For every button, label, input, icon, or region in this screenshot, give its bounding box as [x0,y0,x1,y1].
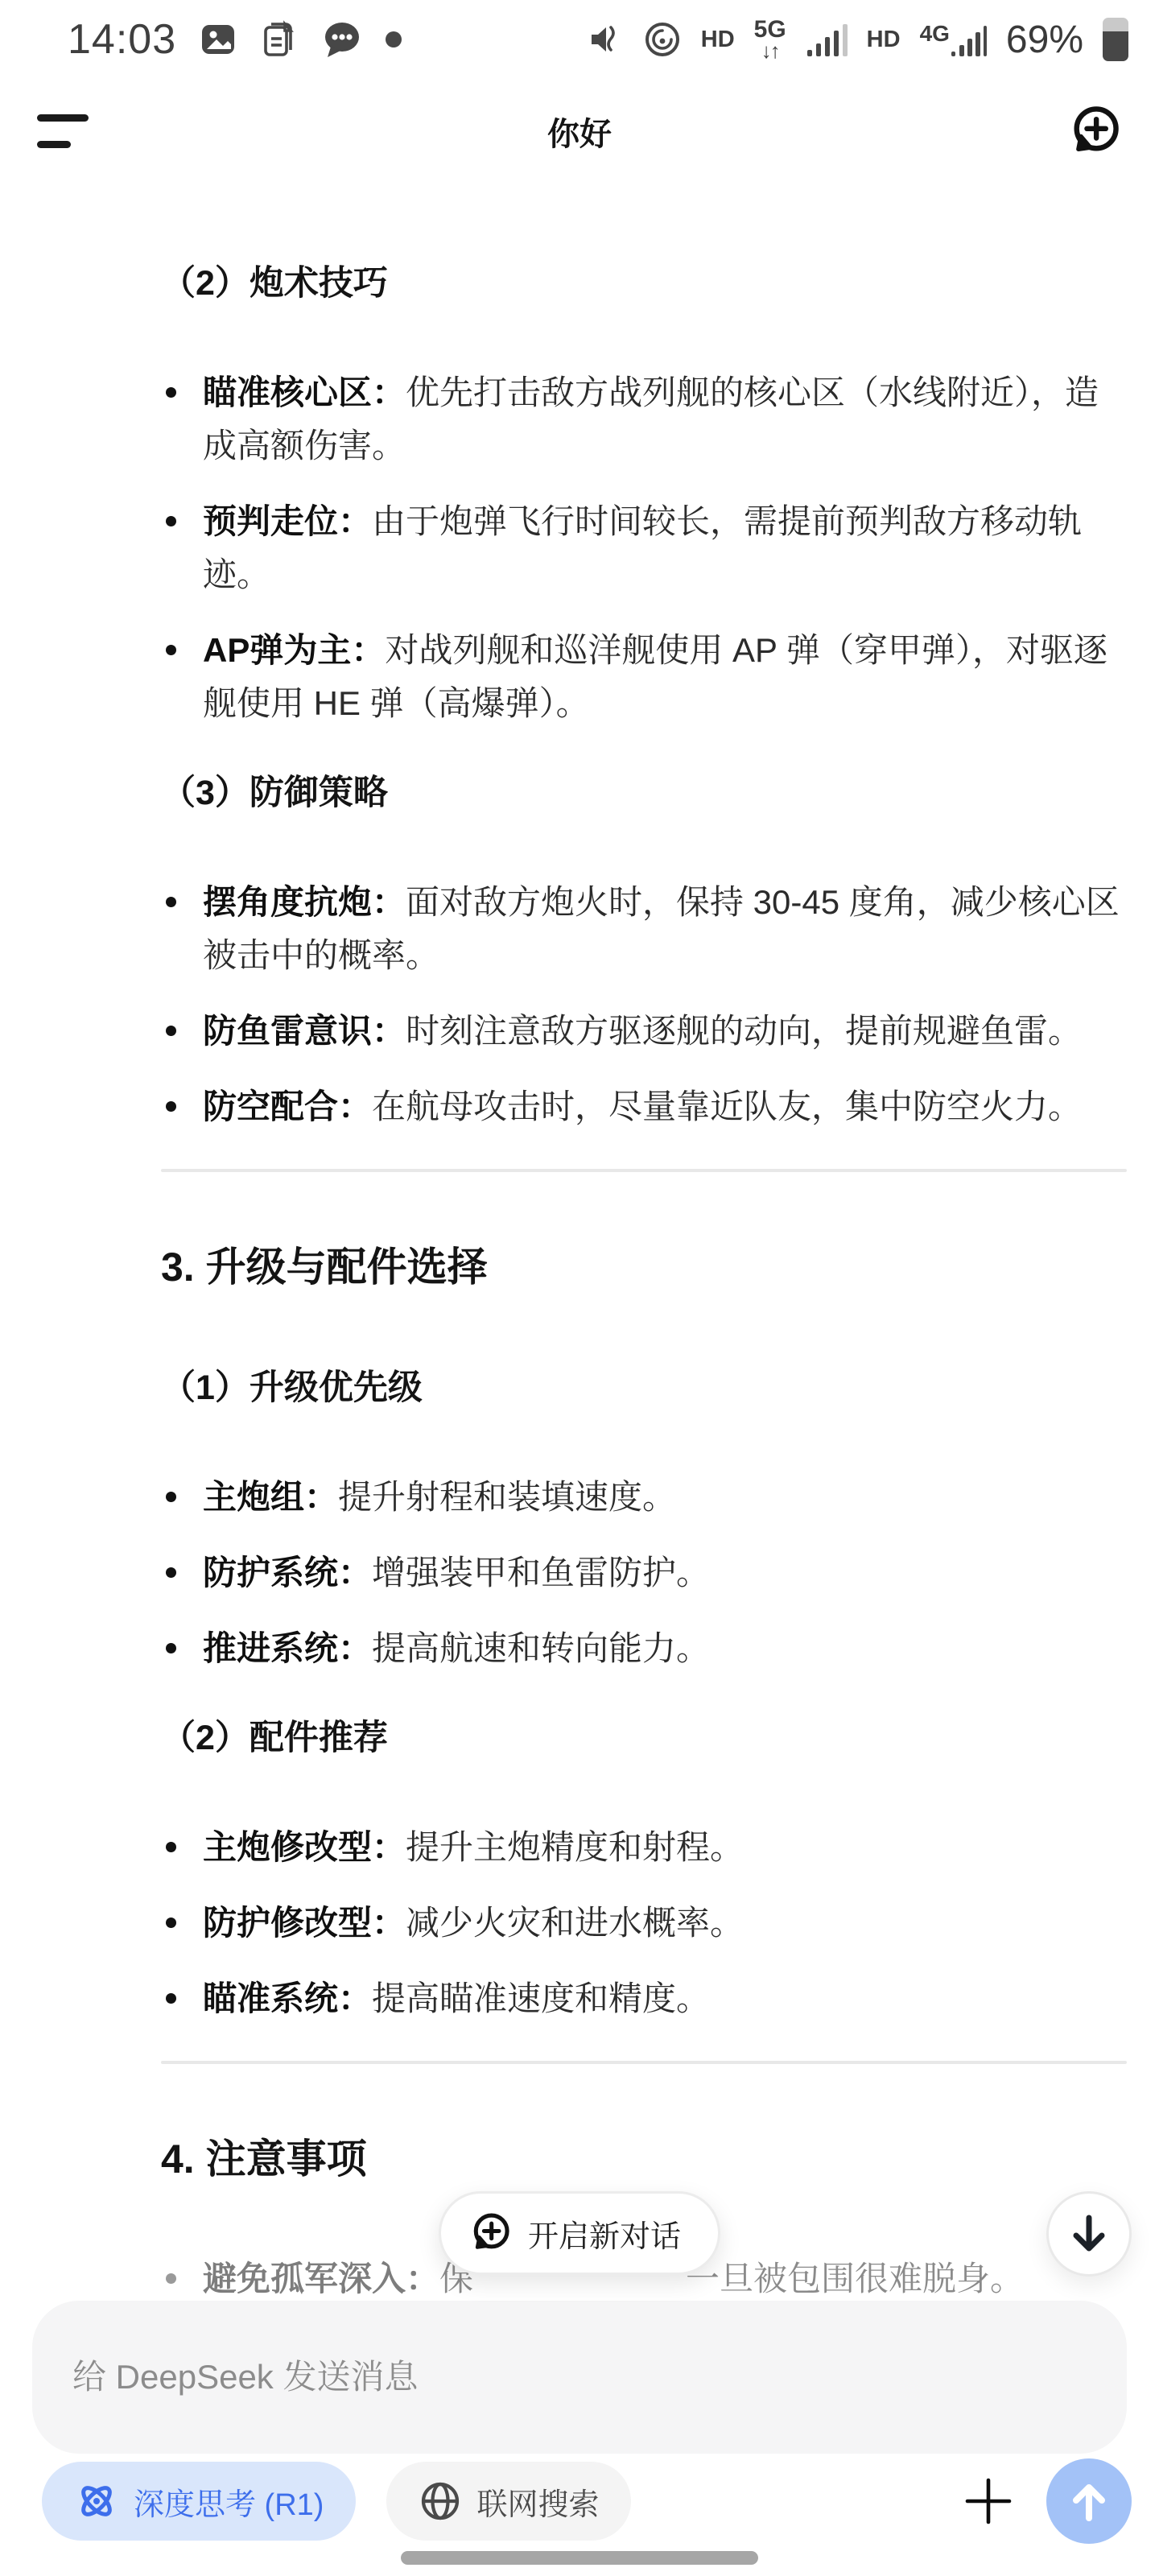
clock: 14:03 [68,15,176,64]
signal-bars-primary-icon [806,21,848,58]
bullet-dot [166,387,176,398]
chat-plus-icon [1067,104,1122,159]
web-search-label: 联网搜索 [476,2479,599,2524]
bullet-dot [166,1101,176,1112]
start-new-chat-button[interactable]: 开启新对话 [439,2191,720,2275]
screen-record-icon [643,20,682,59]
app-header: 你好 [0,74,1159,188]
deep-think-toggle[interactable]: 深度思考 (R1) [42,2462,356,2541]
home-indicator-handle[interactable] [401,2551,758,2565]
list-item: 防护修改型：减少火灾和进水概率。 [161,1897,1127,1950]
signal-bars-secondary-icon [951,21,987,58]
hd-voice-badge-2: HD [867,27,901,53]
list-item: 防护系统：增强装甲和鱼雷防护。 [161,1546,1127,1600]
defense-list: 摆角度抗炮：面对敌方炮火时，保持 30-45 度角，减少核心区被击中的概率。 防… [161,876,1127,1133]
list-item: 防空配合：在航母攻击时，尽量靠近队友，集中防空火力。 [161,1080,1127,1133]
globe-icon [419,2479,462,2523]
hd-voice-badge-1: HD [701,27,735,53]
notification-dot-icon [384,30,403,49]
photo-notification-icon [199,20,237,59]
upgrade-priority-list: 主炮组：提升射程和装填速度。 防护系统：增强装甲和鱼雷防护。 推进系统：提高航速… [161,1471,1127,1675]
section-heading-notes: 4. 注意事项 [161,2127,1127,2185]
bullet-dot [166,516,176,526]
bullet-dot [166,1026,176,1036]
arrow-up-icon [1066,2478,1112,2524]
list-item: 主炮组：提升射程和装填速度。 [161,1471,1127,1524]
list-item: 瞄准系统：提高瞄准速度和精度。 [161,1972,1127,2025]
bullet-dot [166,1567,176,1578]
arrow-down-icon [1066,2211,1112,2256]
list-item: 摆角度抗炮：面对敌方炮火时，保持 30-45 度角，减少核心区被击中的概率。 [161,876,1127,982]
bullet-dot [166,1492,176,1502]
list-item: 防鱼雷意识：时刻注意敌方驱逐舰的动向，提前规避鱼雷。 [161,1005,1127,1058]
section-heading-accessories: （2）配件推荐 [161,1711,1127,1760]
document-copy-notification-icon [260,20,299,59]
section-heading-gunnery: （2）炮术技巧 [161,256,1127,305]
message-notification-icon [321,19,361,60]
message-input-container [32,2301,1127,2454]
chat-plus-icon [468,2211,512,2255]
section-divider [161,2061,1127,2064]
gunnery-list: 瞄准核心区：优先打击敌方战列舰的核心区（水线附近），造成高额伤害。 预判走位：由… [161,366,1127,730]
status-bar: 14:03 HD 5G ↓↑ HD 4G [0,0,1159,74]
page-title: 你好 [0,109,1159,155]
plus-icon [963,2475,1014,2527]
battery-icon [1103,18,1128,61]
battery-percent: 69% [1006,18,1083,62]
list-item: 主炮修改型：提升主炮精度和射程。 [161,1821,1127,1874]
section-divider [161,1169,1127,1172]
section-heading-defense: （3）防御策略 [161,766,1127,815]
attach-button[interactable] [961,2474,1016,2529]
bullet-dot [166,1918,176,1928]
message-input[interactable] [72,2358,1087,2396]
menu-button[interactable] [37,114,90,148]
updown-arrows-icon: ↓↑ [761,40,779,61]
network-4g-indicator: 4G [920,21,987,58]
bullet-dot [166,645,176,655]
list-item: AP弹为主：对战列舰和巡洋舰使用 AP 弹（穿甲弹），对驱逐舰使用 HE 弹（高… [161,624,1127,730]
list-item: 推进系统：提高航速和转向能力。 [161,1622,1127,1675]
send-button[interactable] [1046,2458,1132,2544]
mute-vibrate-icon [587,21,624,58]
accessories-list: 主炮修改型：提升主炮精度和射程。 防护修改型：减少火灾和进水概率。 瞄准系统：提… [161,1821,1127,2025]
section-heading-upgrade: 3. 升级与配件选择 [161,1235,1127,1293]
atom-icon [74,2479,119,2524]
network-5g-indicator: 5G ↓↑ [754,18,786,61]
bullet-dot [166,2273,176,2284]
list-item: 瞄准核心区：优先打击敌方战列舰的核心区（水线附近），造成高额伤害。 [161,366,1127,473]
bullet-dot [166,1842,176,1852]
list-item: 预判走位：由于炮弹飞行时间较长，需提前预判敌方移动轨迹。 [161,495,1127,601]
deep-think-label: 深度思考 (R1) [134,2479,324,2524]
chat-message-body: （2）炮术技巧 瞄准核心区：优先打击敌方战列舰的核心区（水线附近），造成高额伤害… [161,256,1127,2341]
start-new-chat-label: 开启新对话 [528,2211,681,2256]
composer-toolbar: 深度思考 (R1) 联网搜索 [42,2458,1132,2544]
scroll-to-bottom-button[interactable] [1046,2191,1132,2277]
new-chat-button[interactable] [1067,104,1122,159]
section-heading-upgrade-priority: （1）升级优先级 [161,1360,1127,1410]
bullet-dot [166,1643,176,1653]
bullet-dot [166,1993,176,2004]
web-search-toggle[interactable]: 联网搜索 [386,2462,631,2541]
hamburger-icon [37,114,89,122]
bullet-dot [166,897,176,907]
